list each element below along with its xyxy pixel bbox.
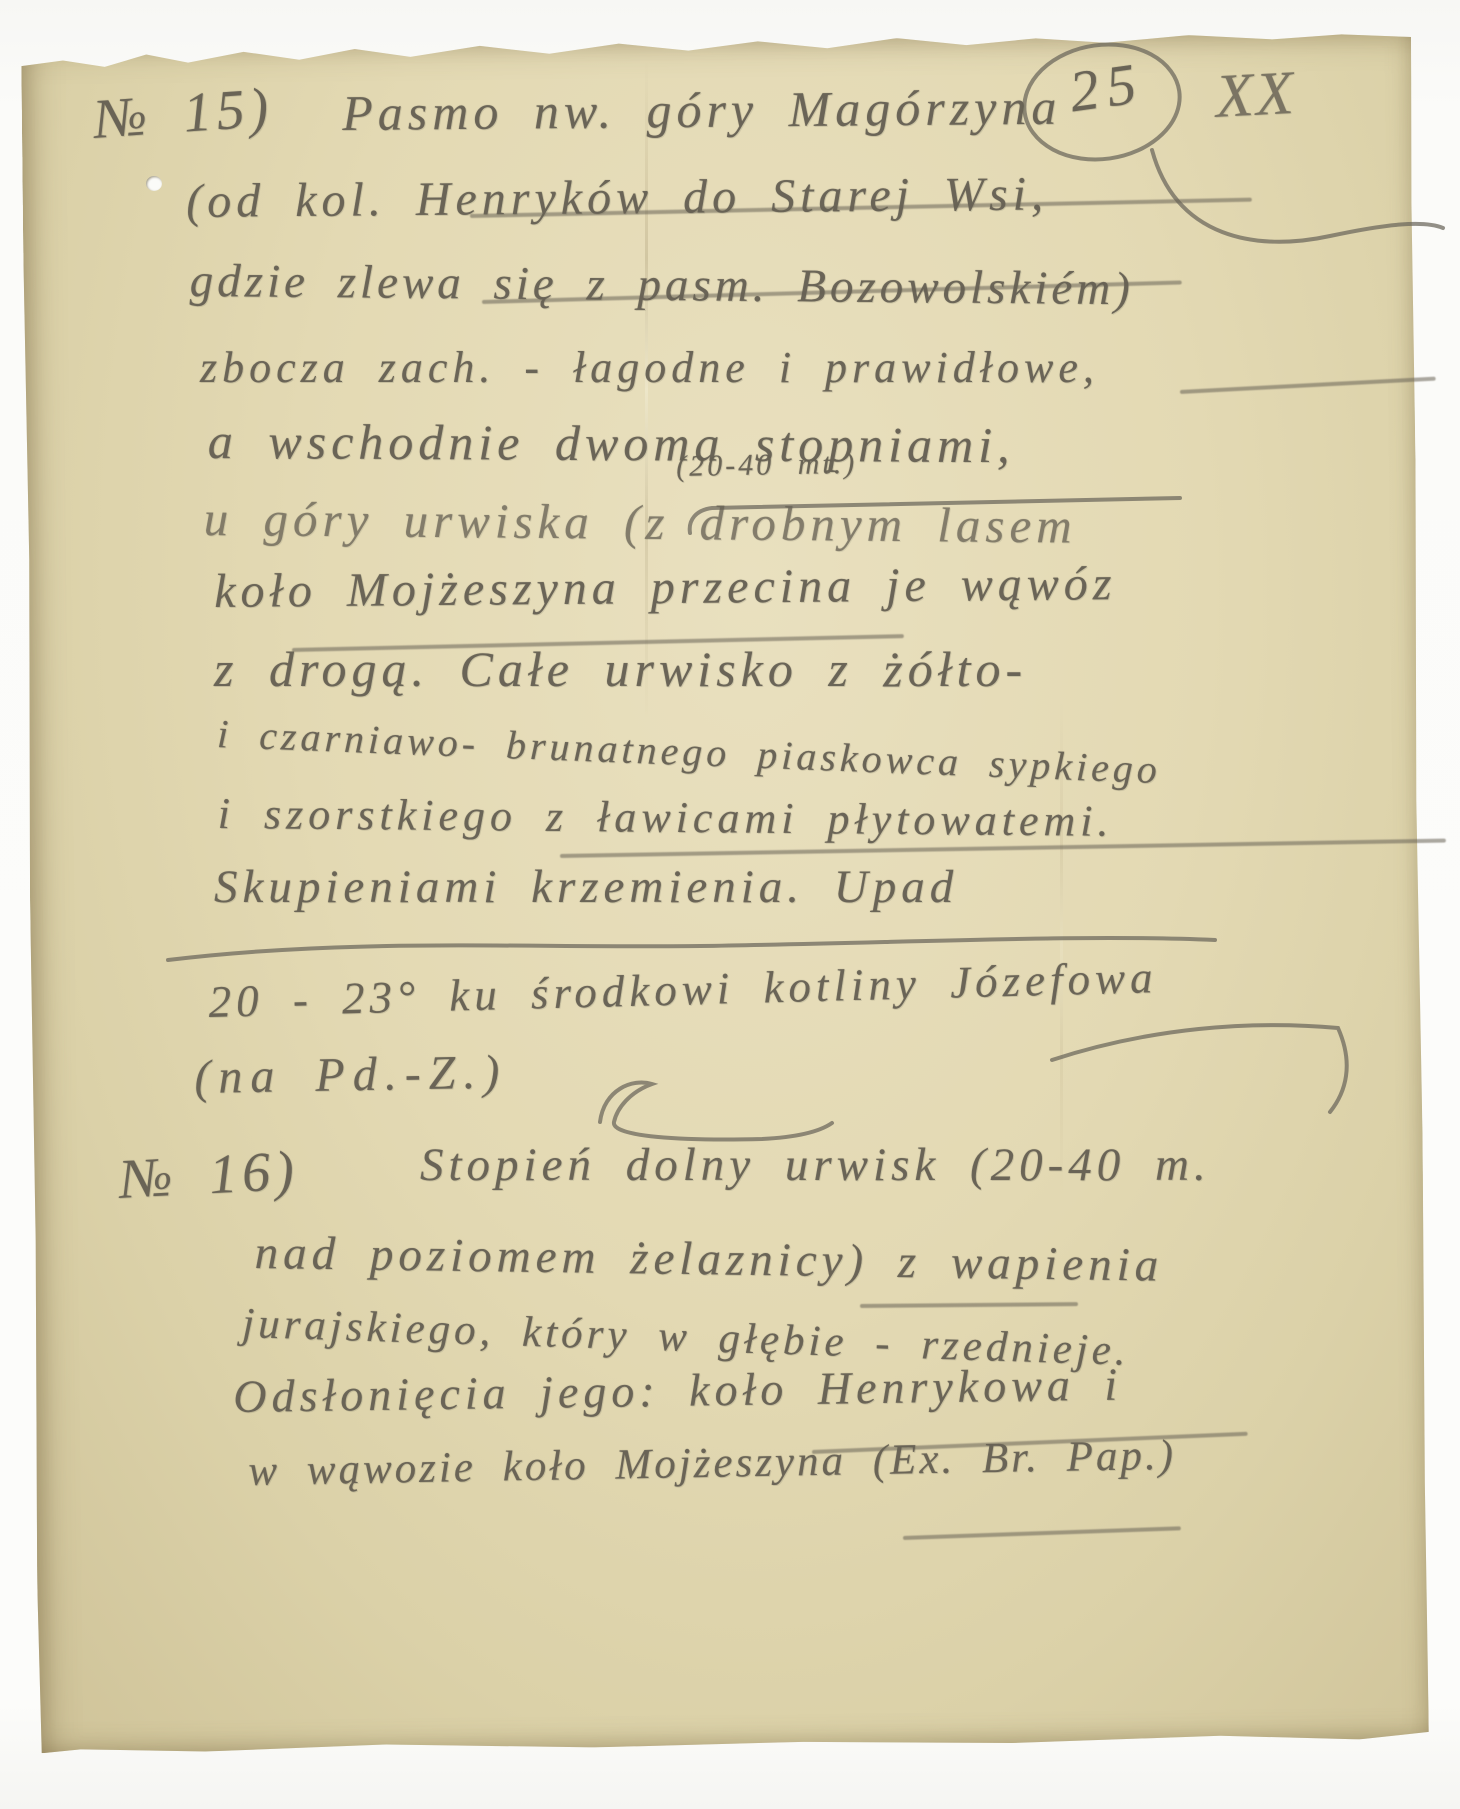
line-15-1: Pasmo nw. góry Magórzyna [342, 82, 1062, 138]
line-15-13: (na Pd.-Z.) [194, 1049, 508, 1102]
underline-jozefowa-tail [1052, 1025, 1347, 1112]
line-15-11: Skupieniami krzemienia. Upad [214, 864, 958, 911]
revision-mark: XX [1214, 62, 1297, 128]
line-16-4: Odsłonięcia jego: koło Henrykowa i [233, 1362, 1122, 1420]
line-15-2: (od kol. Henryków do Starej Wsi, [186, 170, 1048, 226]
line-16-1: Stopień dolny urwisk (20-40 m. [420, 1142, 1211, 1189]
flourish-after-pd-z [600, 1083, 832, 1140]
line-15-5: a wschodnie dwoma stopniami, [208, 416, 1015, 470]
line-16-2: nad poziomem żelaznicy) z wapienia [254, 1230, 1163, 1290]
scanned-document: { "page_annotations": { "page_number": "… [0, 0, 1460, 1809]
entry-marker-16: № 16) [118, 1143, 300, 1208]
line-15-8: z drogą. Całe urwisko z żółto- [214, 644, 1027, 694]
swoosh-under-page-number [1152, 150, 1443, 242]
entry-marker-15: № 15) [92, 79, 275, 147]
line-15-10: i szorstkiego z ławicami płytowatemi. [218, 792, 1114, 844]
line-15-7: koło Mojżeszyna przecina je wąwóz [214, 560, 1117, 616]
line-15-interlinear: (20-40 mt.) [676, 449, 857, 482]
line-15-4: zbocza zach. - łagodne i prawidłowe, [200, 346, 1099, 390]
line-15-6: u góry urwiska (z drobnym lasem [204, 494, 1077, 551]
page-number: 25 [1066, 54, 1147, 122]
line-15-3: gdzie zlewa się z pasm. Bozowolskiém) [190, 258, 1134, 313]
